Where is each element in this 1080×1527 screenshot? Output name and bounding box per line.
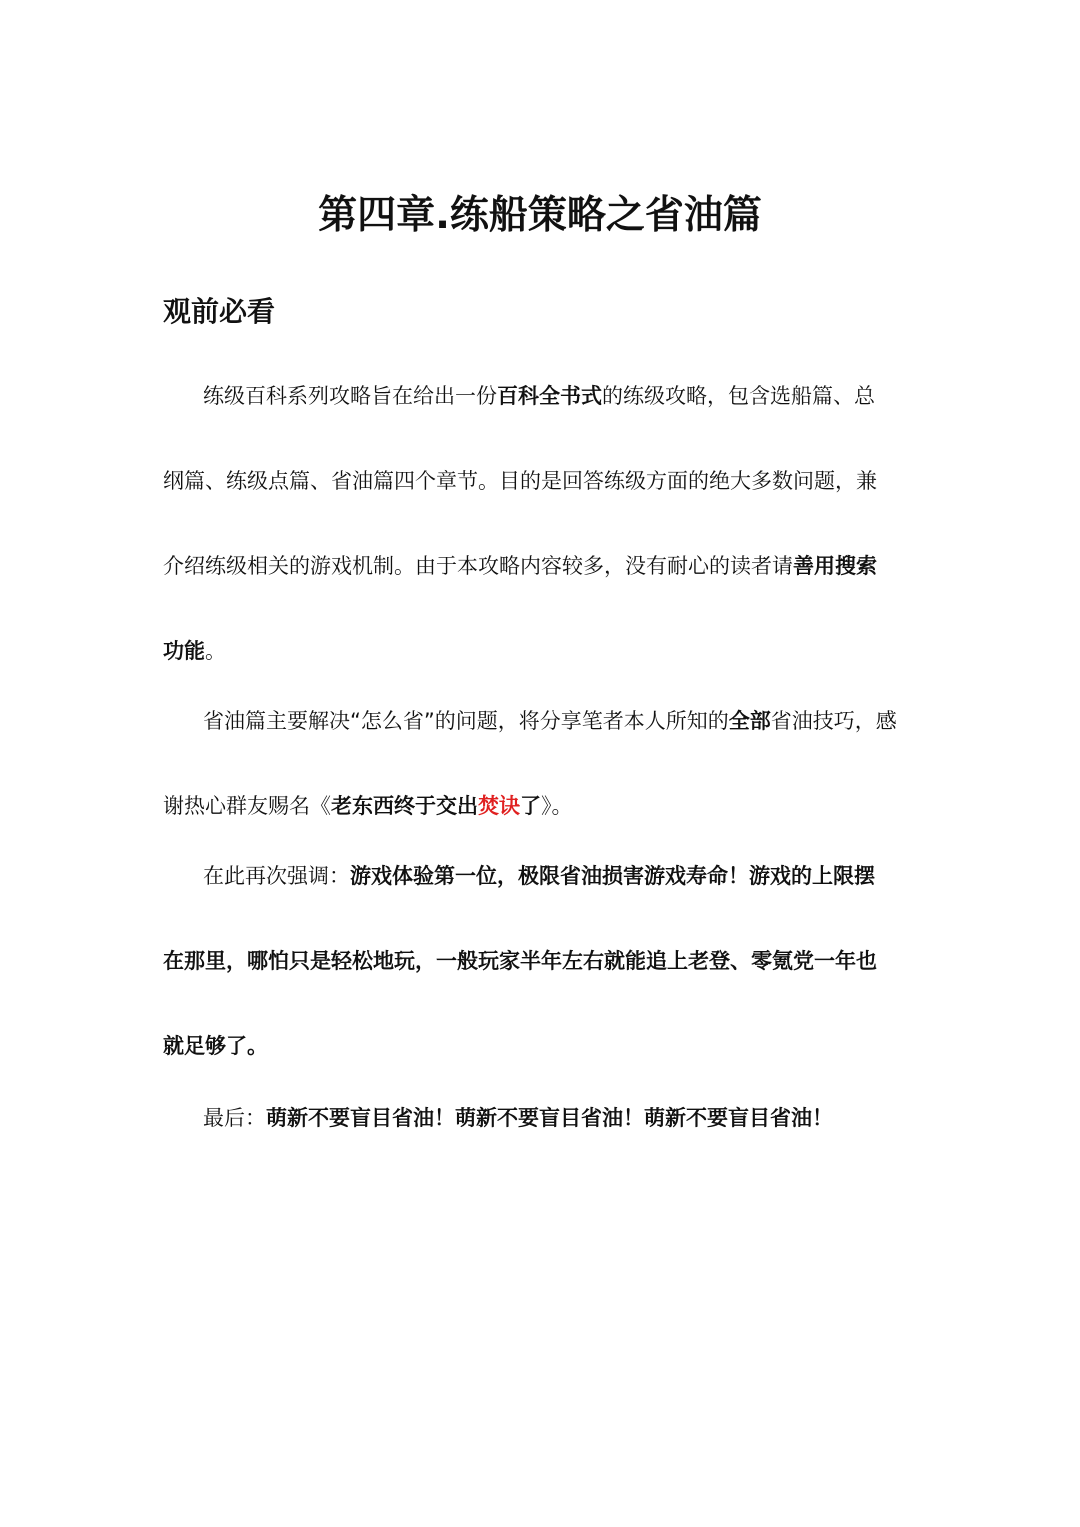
paragraph-4-line-1: 最后：萌新不要盲目省油！萌新不要盲目省油！萌新不要盲目省油！ (163, 1102, 919, 1134)
text-span: 》。 (541, 794, 573, 818)
paragraph-1-line-4: 功能。 (163, 635, 919, 667)
text-span: 的练级攻略，包含选船篇、总 (602, 384, 875, 408)
text-span: 最后： (203, 1106, 266, 1130)
paragraph-3-line-2: 在那里，哪怕只是轻松地玩，一般玩家半年左右就能追上老登、零氪党一年也 (163, 945, 919, 977)
bold-text: 游戏体验第一位，极限省油损害游戏寿命！游戏的上限摆 (350, 864, 875, 888)
paragraph-1-line-3: 介绍练级相关的游戏机制。由于本攻略内容较多，没有耐心的读者请善用搜索 (163, 550, 919, 582)
bold-text: 功能 (163, 639, 205, 663)
paragraph-2-line-2: 谢热心群友赐名《老东西终于交出焚诀了》。 (163, 790, 919, 822)
paragraph-1-line-1: 练级百科系列攻略旨在给出一份百科全书式的练级攻略，包含选船篇、总 (163, 380, 919, 412)
bold-text: 老东西终于交出 (331, 794, 478, 818)
bold-text: 百科全书式 (497, 384, 602, 408)
paragraph-3-line-3: 就足够了。 (163, 1030, 919, 1062)
text-span: 谢热心群友赐名《 (163, 794, 331, 818)
bold-text: 善用搜索 (793, 554, 877, 578)
red-highlight-text: 焚诀 (478, 794, 520, 818)
section-heading: 观前必看 (163, 292, 275, 332)
chapter-title: 第四章.练船策略之省油篇 (0, 188, 1080, 244)
paragraph-3-line-1: 在此再次强调：游戏体验第一位，极限省油损害游戏寿命！游戏的上限摆 (163, 860, 919, 892)
text-span: 省油篇主要解决“怎么省”的问题，将分享笔者本人所知的 (203, 709, 729, 733)
bold-text: 萌新不要盲目省油！萌新不要盲目省油！萌新不要盲目省油！ (266, 1106, 833, 1130)
bold-text: 全部 (729, 709, 771, 733)
text-span: 在此再次强调： (203, 864, 350, 888)
paragraph-2-line-1: 省油篇主要解决“怎么省”的问题，将分享笔者本人所知的全部省油技巧，感 (163, 705, 919, 737)
text-span: 练级百科系列攻略旨在给出一份 (203, 384, 497, 408)
text-span: 介绍练级相关的游戏机制。由于本攻略内容较多，没有耐心的读者请 (163, 554, 793, 578)
text-span: 。 (205, 639, 226, 663)
text-span: 省油技巧，感 (771, 709, 897, 733)
bold-text: 了 (520, 794, 541, 818)
paragraph-1-line-2: 纲篇、练级点篇、省油篇四个章节。目的是回答练级方面的绝大多数问题，兼 (163, 465, 919, 497)
